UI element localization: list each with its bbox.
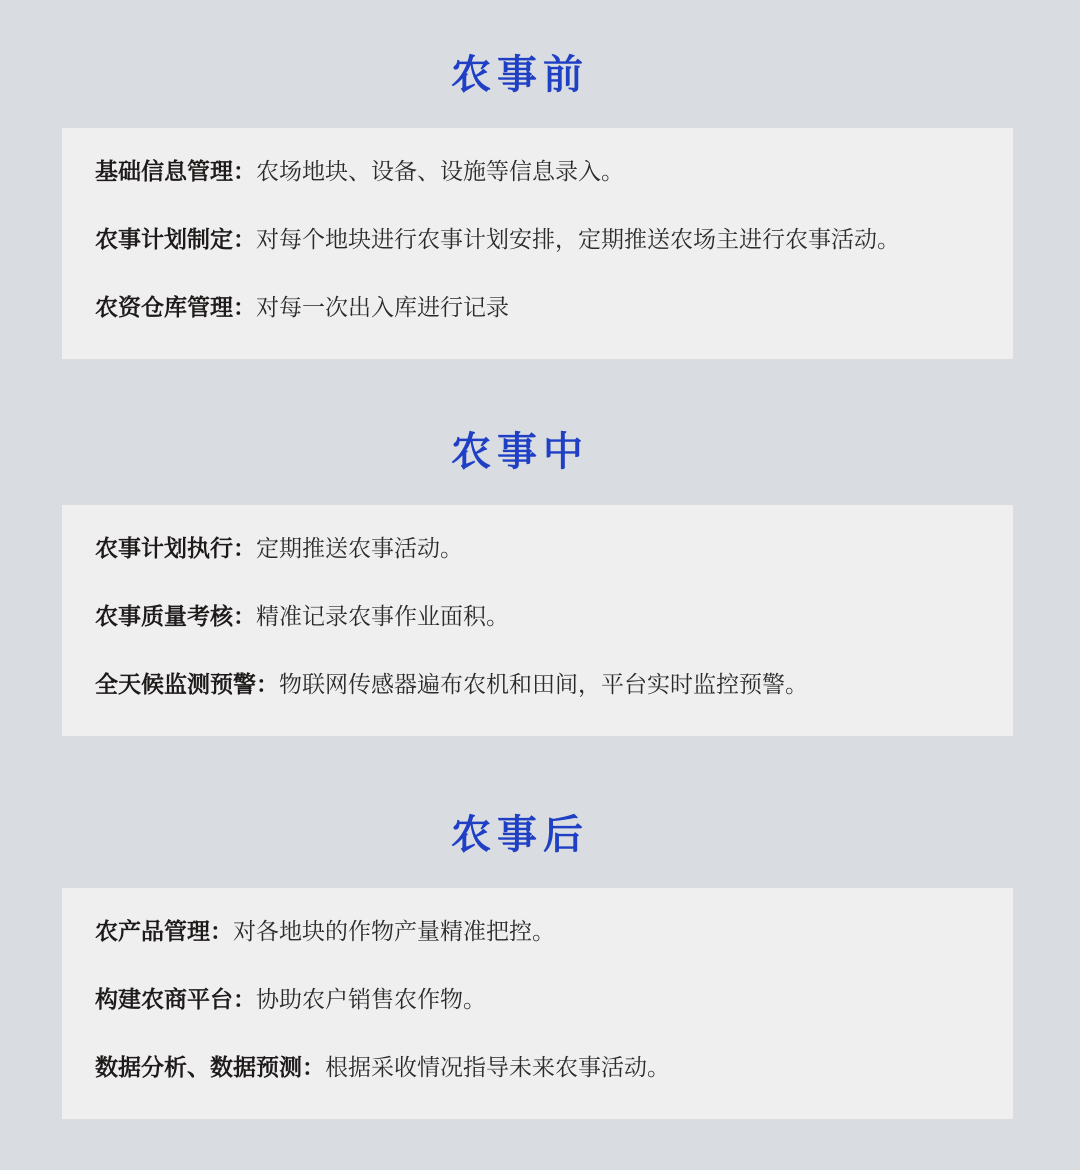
item-label: 农产品管理： [95, 919, 233, 945]
item-label: 数据分析、数据预测： [95, 1055, 325, 1081]
panel-after: 农产品管理：对各地块的作物产量精准把控。 构建农商平台：协助农户销售农作物。 数… [62, 888, 1013, 1119]
item-text: 对各地块的作物产量精准把控。 [233, 919, 555, 945]
item-label: 构建农商平台： [95, 987, 256, 1013]
list-item: 农事质量考核：精准记录农事作业面积。 [95, 601, 509, 633]
list-item: 农事计划制定：对每个地块进行农事计划安排，定期推送农场主进行农事活动。 [95, 224, 900, 256]
item-label: 农事计划执行： [95, 536, 256, 562]
list-item: 基础信息管理：农场地块、设备、设施等信息录入。 [95, 156, 624, 188]
list-item: 农事计划执行：定期推送农事活动。 [95, 533, 463, 565]
item-text: 对每个地块进行农事计划安排，定期推送农场主进行农事活动。 [256, 227, 900, 253]
section-title-before: 农事前 [0, 50, 1040, 100]
item-label: 农事质量考核： [95, 604, 256, 630]
item-text: 根据采收情况指导未来农事活动。 [325, 1055, 670, 1081]
item-text: 协助农户销售农作物。 [256, 987, 486, 1013]
item-text: 农场地块、设备、设施等信息录入。 [256, 159, 624, 185]
item-label: 全天候监测预警： [95, 672, 279, 698]
item-label: 基础信息管理： [95, 159, 256, 185]
item-label: 农事计划制定： [95, 227, 256, 253]
section-title-after: 农事后 [0, 810, 1040, 860]
list-item: 农资仓库管理：对每一次出入库进行记录 [95, 292, 509, 324]
item-text: 定期推送农事活动。 [256, 536, 463, 562]
list-item: 农产品管理：对各地块的作物产量精准把控。 [95, 916, 555, 948]
list-item: 数据分析、数据预测：根据采收情况指导未来农事活动。 [95, 1052, 670, 1084]
item-text: 对每一次出入库进行记录 [256, 295, 509, 321]
panel-during: 农事计划执行：定期推送农事活动。 农事质量考核：精准记录农事作业面积。 全天候监… [62, 505, 1013, 736]
panel-before: 基础信息管理：农场地块、设备、设施等信息录入。 农事计划制定：对每个地块进行农事… [62, 128, 1013, 359]
section-title-during: 农事中 [0, 427, 1040, 477]
item-label: 农资仓库管理： [95, 295, 256, 321]
item-text: 精准记录农事作业面积。 [256, 604, 509, 630]
list-item: 构建农商平台：协助农户销售农作物。 [95, 984, 486, 1016]
item-text: 物联网传感器遍布农机和田间，平台实时监控预警。 [279, 672, 808, 698]
list-item: 全天候监测预警：物联网传感器遍布农机和田间，平台实时监控预警。 [95, 669, 808, 701]
